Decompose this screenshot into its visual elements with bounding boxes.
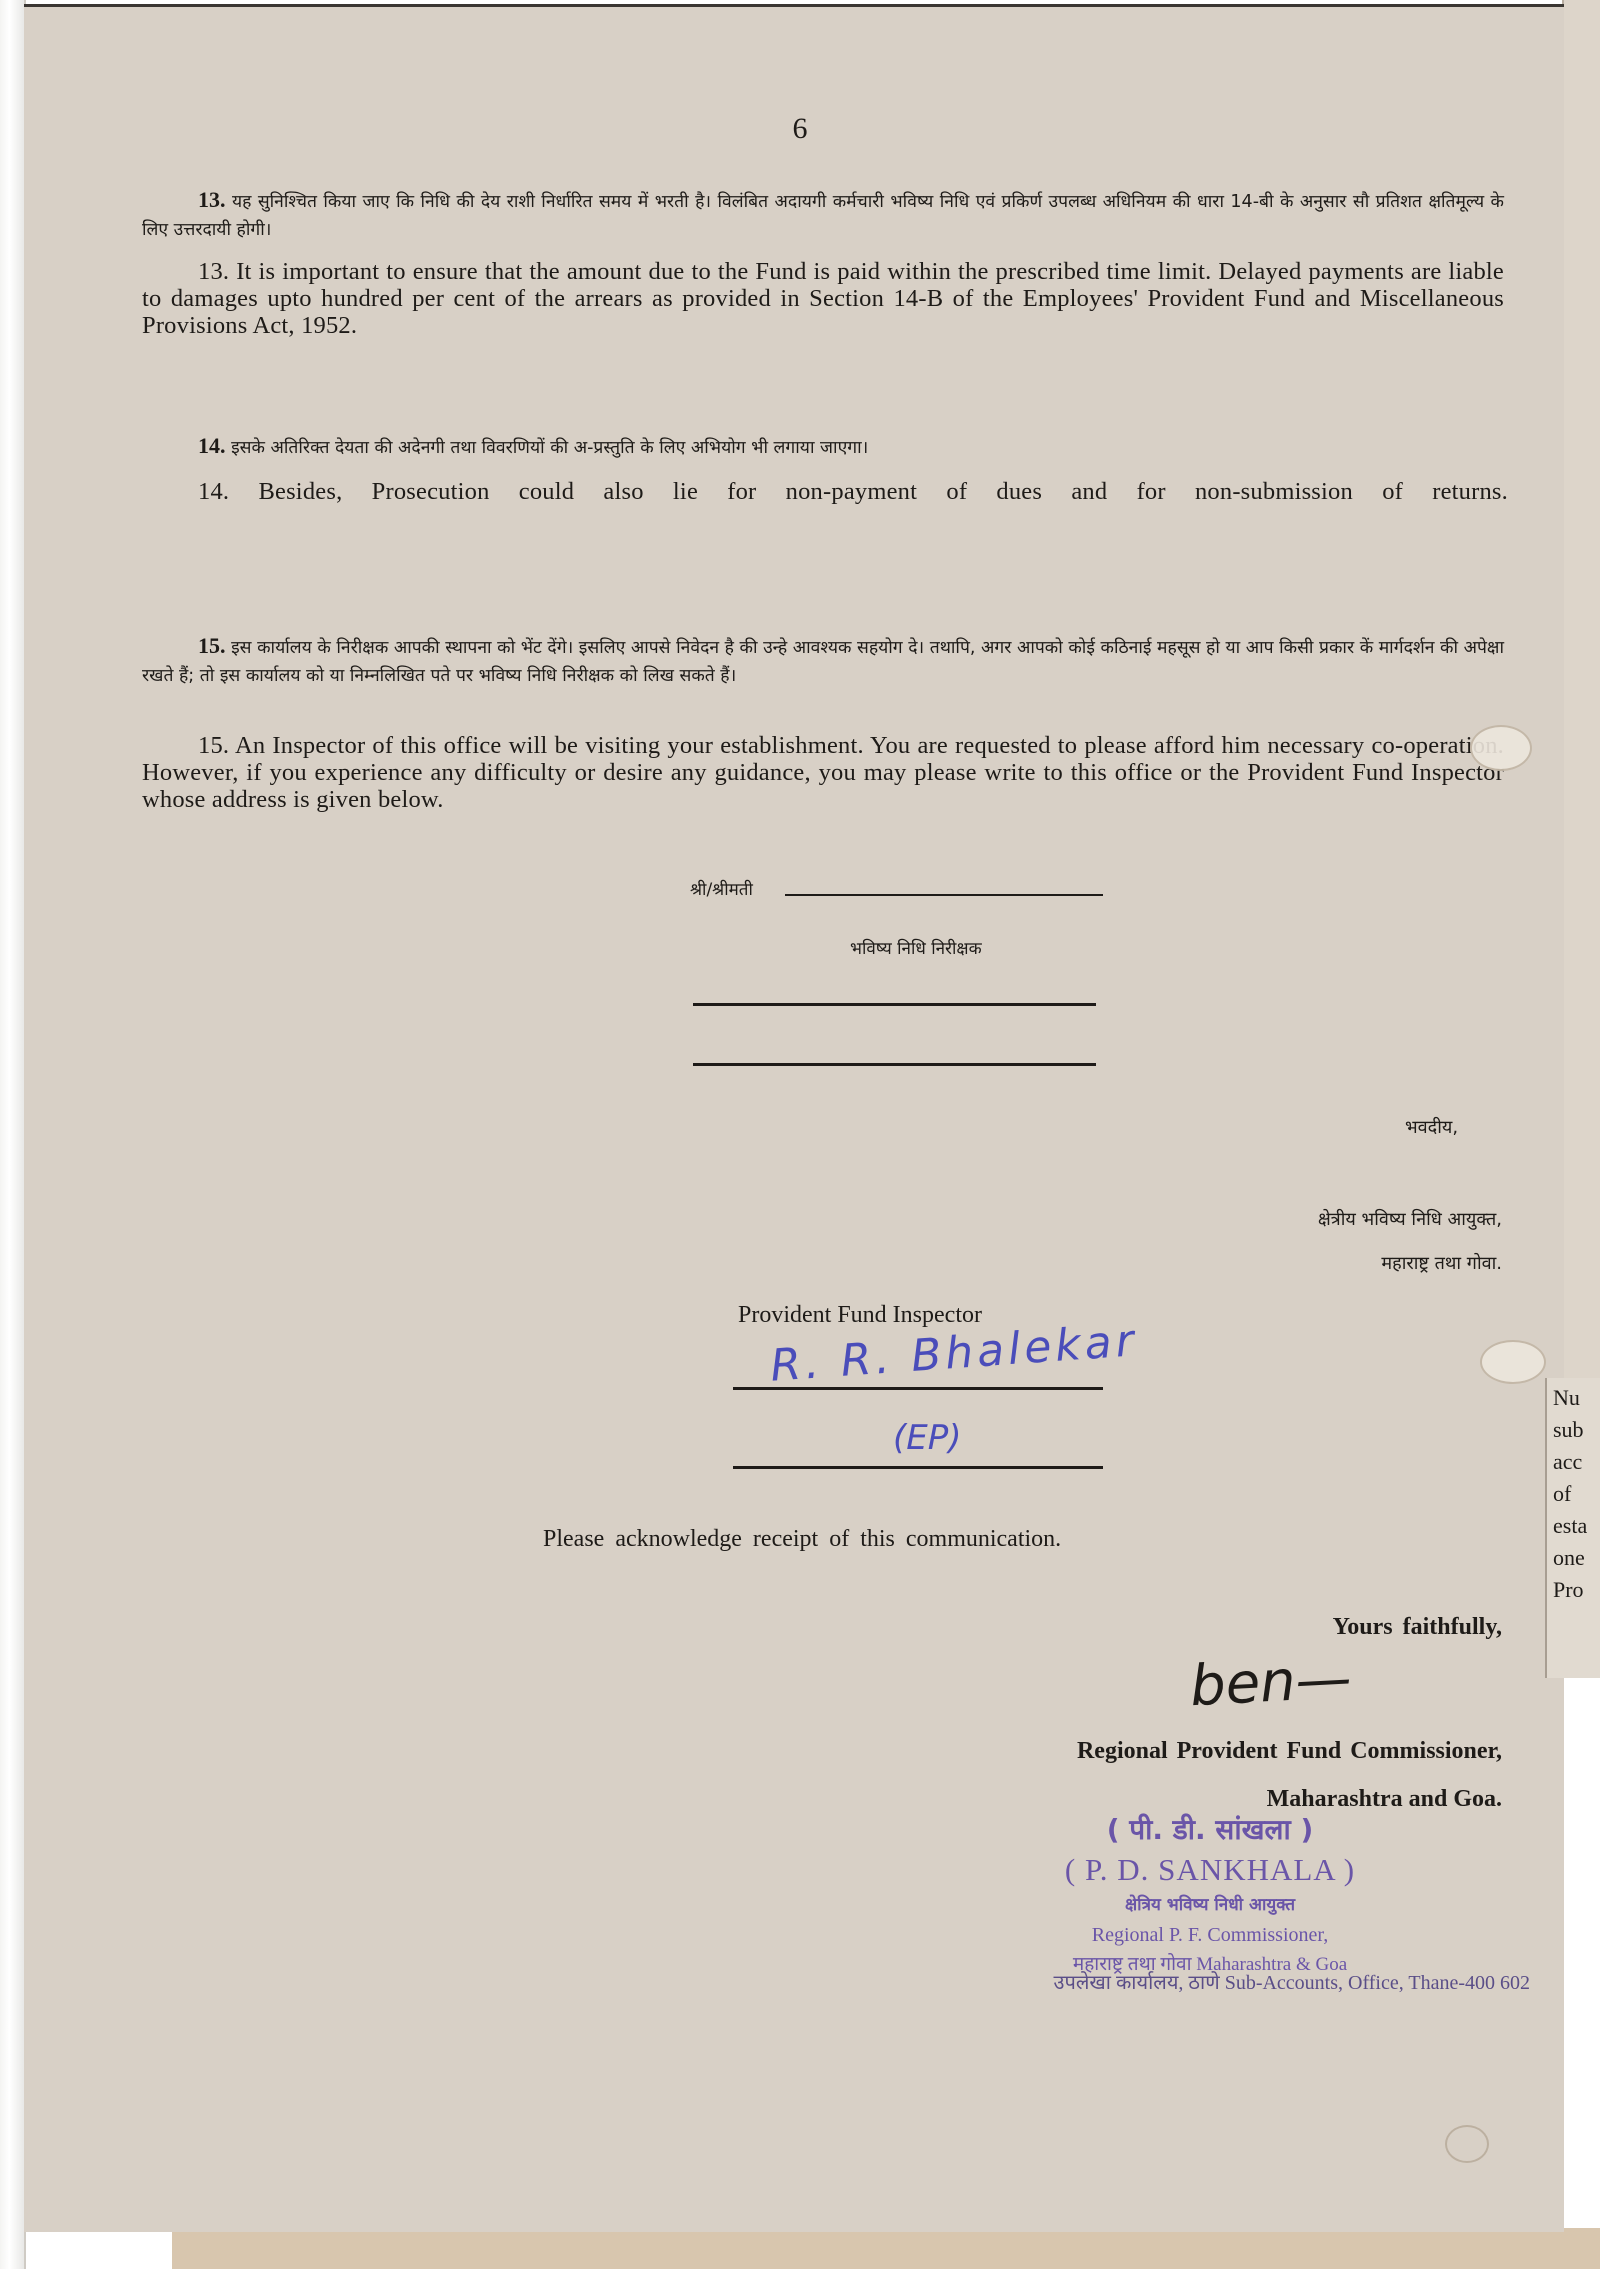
hindi-address-line-2: [693, 1063, 1096, 1066]
closing-salutation: Yours faithfully,: [1333, 1614, 1502, 1641]
binding-strip: [0, 0, 26, 2269]
commissioner-signature: ben—: [1188, 1646, 1353, 1719]
inspector-address-line: [733, 1466, 1103, 1469]
closing-region: Maharashtra and Goa.: [1267, 1786, 1502, 1813]
adjacent-sheet-fragment: Nu sub acc of esta one Pro: [1545, 1378, 1600, 1678]
adjacent-page-flap: [1562, 0, 1600, 1380]
paper-stain-3: [1445, 2125, 1489, 2163]
fragment-text: Pro: [1553, 1574, 1600, 1606]
para-13-hindi: 13. यह सुनिश्चित किया जाए कि निधि की देय…: [142, 186, 1504, 244]
stamp-hindi-title: क्षेत्रिय भविष्य निधी आयुक्त: [990, 1890, 1430, 1920]
stamp-english-title: Regional P. F. Commissioner,: [990, 1920, 1430, 1950]
closing-designation: Regional Provident Fund Commissioner,: [1077, 1738, 1502, 1765]
para-14-hindi: 14. इसके अतिरिक्त देयता की अदेनगी तथा वि…: [198, 432, 1498, 462]
hindi-salutation: भवदीय,: [1405, 1114, 1458, 1142]
hindi-name-label: श्री/श्रीमती: [690, 876, 753, 904]
hindi-region: महाराष्ट्र तथा गोवा.: [1381, 1250, 1502, 1278]
para-14-hindi-text: इसके अतिरिक्त देयता की अदेनगी तथा विवरणि…: [231, 438, 868, 458]
paper-stain-2: [1480, 1340, 1546, 1384]
para-15-hindi-text: इस कार्यालय के निरीक्षक आपकी स्थापना को …: [142, 638, 1504, 686]
hindi-name-line: [785, 894, 1103, 896]
para-14-hindi-number: 14.: [198, 433, 226, 458]
hindi-designation: क्षेत्रीय भविष्य निधि आयुक्त,: [1318, 1206, 1502, 1234]
para-13-hindi-number: 13.: [198, 187, 226, 212]
fragment-text: acc: [1553, 1446, 1600, 1478]
para-14-english: 14. Besides, Prosecution could also lie …: [198, 478, 1508, 505]
fragment-text: esta: [1553, 1510, 1600, 1542]
hindi-inspector-title: भविष्य निधि निरीक्षक: [850, 935, 982, 963]
paper-stain: [1470, 725, 1532, 771]
para-13-english: 13. It is important to ensure that the a…: [142, 258, 1504, 339]
fragment-text: one: [1553, 1542, 1600, 1574]
inspector-name-line: [733, 1387, 1103, 1390]
page-number: 6: [0, 112, 1600, 146]
fragment-text: Nu: [1553, 1382, 1600, 1414]
inspector-title: Provident Fund Inspector: [738, 1302, 982, 1329]
handwritten-note: (EP): [893, 1418, 962, 1458]
underlying-sheet: [172, 2228, 1600, 2269]
stamp-hindi-name: ( पी. डी. सांखला ): [990, 1810, 1430, 1850]
para-13-hindi-text: यह सुनिश्चित किया जाए कि निधि की देय राश…: [142, 192, 1504, 240]
stamp-english-name: ( P. D. SANKHALA ): [990, 1850, 1430, 1890]
para-15-hindi-number: 15.: [198, 633, 226, 658]
fragment-text: sub: [1553, 1414, 1600, 1446]
para-15-english: 15. An Inspector of this office will be …: [142, 732, 1504, 813]
para-15-hindi: 15. इस कार्यालय के निरीक्षक आपकी स्थापना…: [142, 632, 1504, 690]
hindi-address-line-1: [693, 1003, 1096, 1006]
fragment-text: of: [1553, 1478, 1600, 1510]
acknowledge-request: Please acknowledge receipt of this commu…: [543, 1526, 1061, 1553]
official-stamp: ( पी. डी. सांखला ) ( P. D. SANKHALA ) क्…: [990, 1810, 1430, 1980]
stamp-office-address: उपलेखा कार्यालय, ठाणे Sub-Accounts, Offi…: [870, 1968, 1530, 1995]
